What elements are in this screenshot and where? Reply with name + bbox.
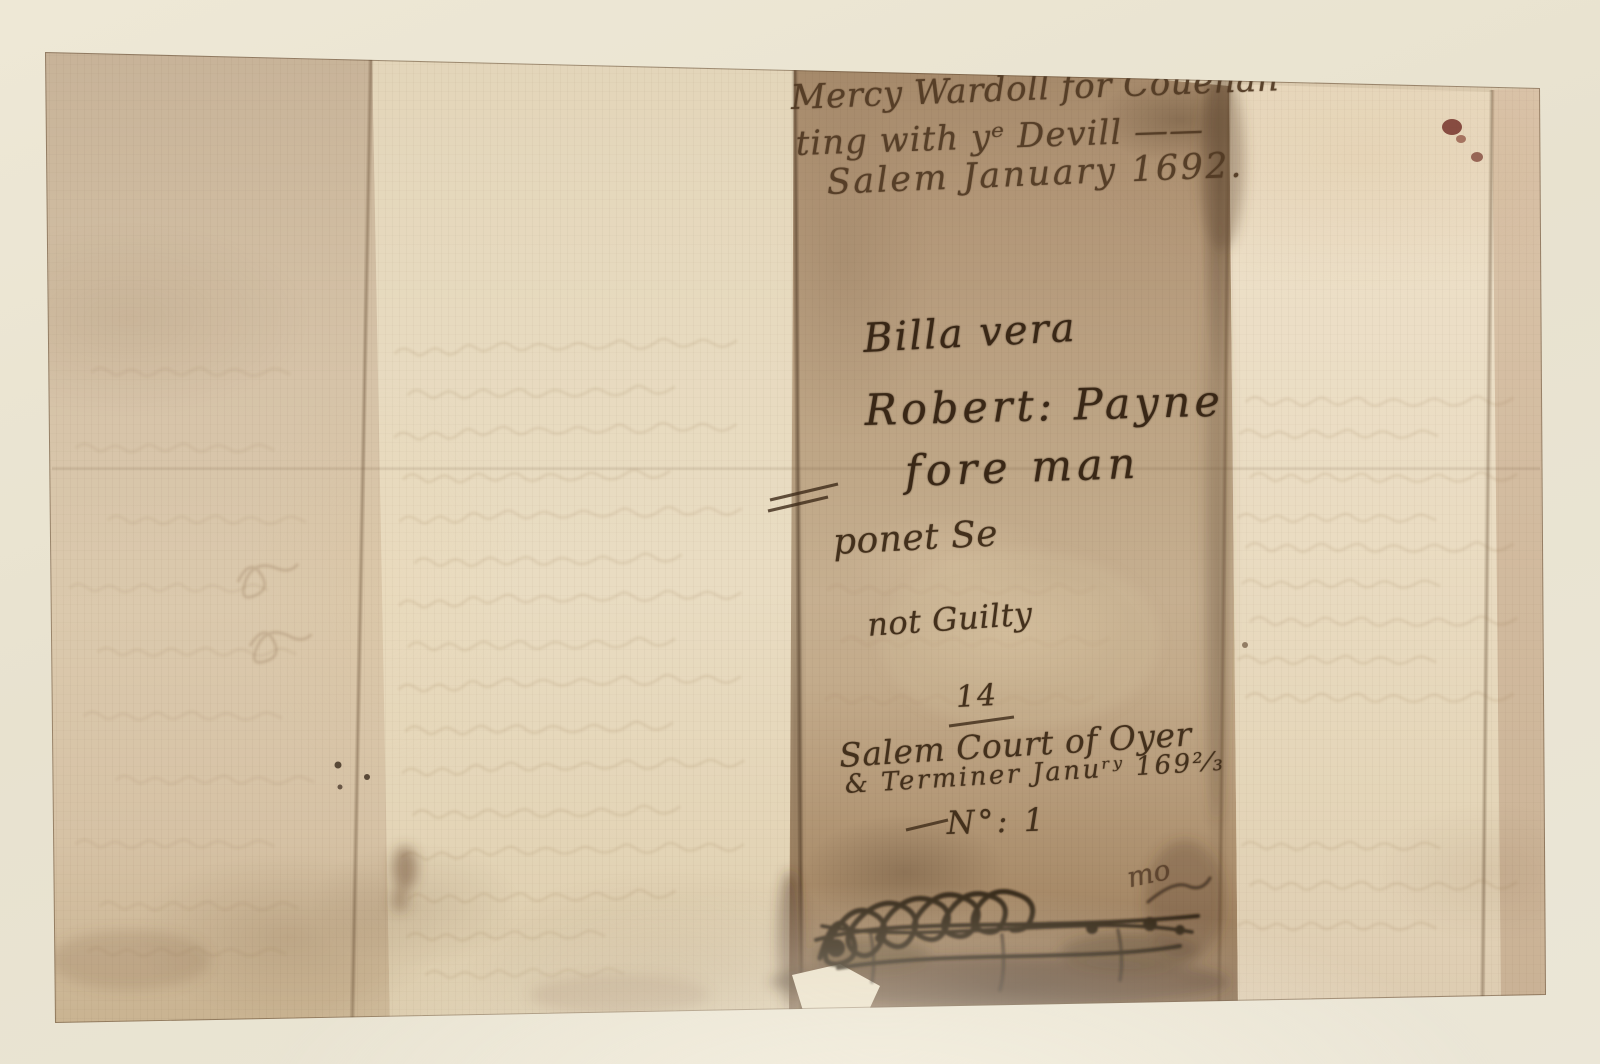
- photo-backdrop: Mercy Wardoll for Couenan ting with yᵉ D…: [0, 0, 1600, 1064]
- stain-blotches: [50, 70, 1244, 1015]
- foreman-title: fore man: [904, 439, 1141, 497]
- paper-edge-outline: [45, 52, 1546, 1023]
- clerk-number: 14: [955, 678, 999, 715]
- plea-note: ponet Se: [832, 513, 999, 563]
- docket-number: N°: 1: [946, 800, 1048, 841]
- document-paper: Mercy Wardoll for Couenan ting with yᵉ D…: [0, 0, 1600, 1064]
- foreman-name: Robert: Payne: [864, 377, 1224, 436]
